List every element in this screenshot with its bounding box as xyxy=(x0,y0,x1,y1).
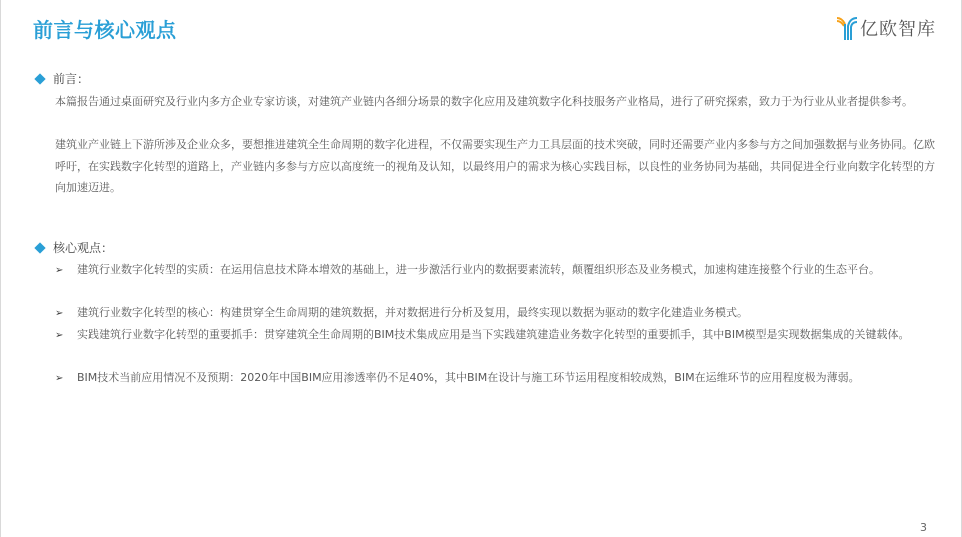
arrow-bullet-icon: ➢ xyxy=(55,368,77,390)
arrow-bullet-icon: ➢ xyxy=(55,260,77,282)
core-view-item: ➢BIM技术当前应用情况不及预期：2020年中国BIM应用渗透率仍不足40%，其… xyxy=(55,367,935,390)
core-views-heading-label: 核心观点： xyxy=(53,239,113,256)
preface-paragraph: 建筑业产业链上下游所涉及企业众多，要想推进建筑全生命周期的数字化进程，不仅需要实… xyxy=(55,134,935,199)
preface-heading-label: 前言： xyxy=(53,70,89,87)
diamond-bullet-icon xyxy=(34,242,45,253)
page-number: 3 xyxy=(920,521,927,534)
core-view-item: ➢实践建筑行业数字化转型的重要抓手：贯穿建筑全生命周期的BIM技术集成应用是当下… xyxy=(55,324,935,347)
core-view-item: ➢建筑行业数字化转型的核心：构建贯穿全生命周期的建筑数据，并对数据进行分析及复用… xyxy=(55,302,935,325)
yiou-y-logo-icon xyxy=(836,15,858,41)
page-border-left xyxy=(0,0,1,537)
brand-logo: 亿欧智库 xyxy=(836,15,936,41)
brand-name: 亿欧智库 xyxy=(860,15,936,41)
preface-heading: 前言： xyxy=(34,70,89,87)
preface-paragraph: 本篇报告通过桌面研究及行业内多方企业专家访谈，对建筑产业链内各细分场景的数字化应… xyxy=(55,91,935,113)
core-views-heading: 核心观点： xyxy=(34,239,113,256)
core-view-item: ➢建筑行业数字化转型的实质：在运用信息技术降本增效的基础上，进一步激活行业内的数… xyxy=(55,259,935,282)
arrow-bullet-icon: ➢ xyxy=(55,325,77,347)
page-title: 前言与核心观点 xyxy=(33,14,177,43)
arrow-bullet-icon: ➢ xyxy=(55,303,77,325)
diamond-bullet-icon xyxy=(34,73,45,84)
